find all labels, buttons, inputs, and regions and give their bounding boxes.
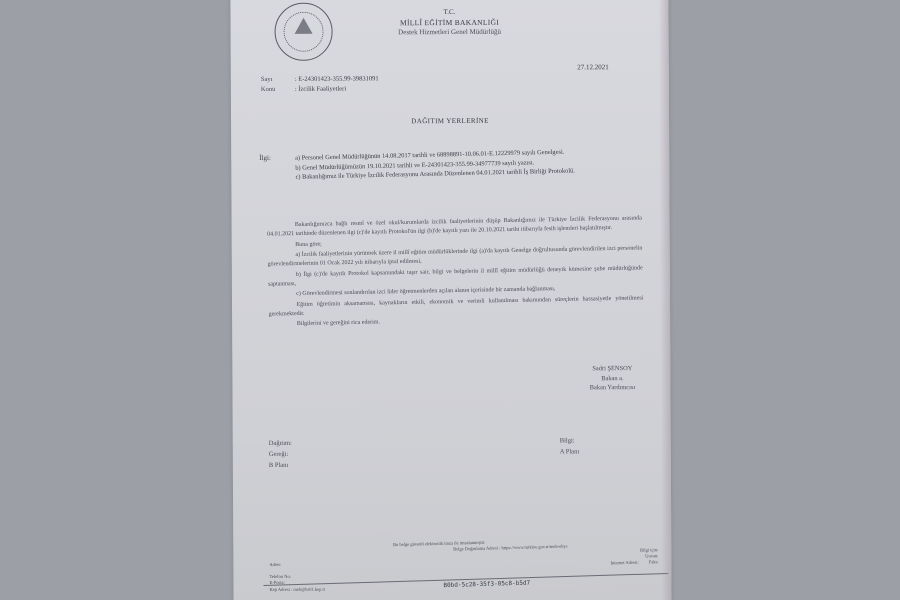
ilgi-label: İlgi: bbox=[259, 154, 271, 162]
sayi-label: Sayı bbox=[261, 76, 295, 83]
document-date: 27.12.2021 bbox=[577, 63, 609, 71]
header-department: Destek Hizmetleri Genel Müdürlüğü bbox=[231, 27, 669, 37]
signer-name: Sadri ŞENSOY bbox=[577, 364, 647, 374]
konu-value: : İzcilik Faaliyetleri bbox=[295, 86, 346, 93]
footer-kep: Kep Adresi : meb@hs01.kep.tr bbox=[269, 586, 325, 593]
ilgi-list: a) Personel Genel Müdürlüğünün 14.08.201… bbox=[295, 146, 636, 182]
signer-line1: Bakan a. bbox=[577, 374, 647, 384]
info-item: A Planı bbox=[560, 446, 579, 457]
header-state: T.C. bbox=[230, 7, 668, 17]
verification-code: B0bd-5c28-35f3-05c8-b5d7 bbox=[443, 580, 530, 590]
meta-konu: Konu: İzcilik Faaliyetleri bbox=[261, 86, 346, 93]
footer-address: Adres: bbox=[269, 562, 325, 569]
distribution-item: Gereği: bbox=[269, 449, 292, 460]
footer-note: Bu belge güvenli elektronik imza ile imz… bbox=[393, 535, 659, 572]
meta-sayi: Sayı: E-24301423-355.99-39831091 bbox=[261, 75, 379, 83]
konu-label: Konu bbox=[261, 86, 295, 93]
footer-contact: Adres: Telefon No: E-Posta: Kep Adresi :… bbox=[269, 562, 325, 593]
document-body: Bakanlığımızca bağlı resmî ve özel okul/… bbox=[267, 214, 644, 331]
footer-fax: Faks: bbox=[649, 559, 659, 564]
signature-block: Sadri ŞENSOY Bakan a. Bakan Yardımcısı bbox=[577, 364, 647, 393]
signer-title: Bakan Yardımcısı bbox=[577, 383, 647, 393]
distribution-block: Dağıtım: Gereği: B Planı bbox=[269, 438, 292, 471]
distribution-item: B Planı bbox=[269, 460, 292, 471]
distribution-label: Dağıtım: bbox=[269, 438, 292, 449]
sayi-value: : E-24301423-355.99-39831091 bbox=[295, 75, 379, 82]
info-label: Bilgi: bbox=[560, 435, 579, 446]
info-block: Bilgi: A Planı bbox=[560, 435, 579, 457]
document-page: T.C. MİLLÎ EĞİTİM BAKANLIĞI Destek Hizme… bbox=[230, 0, 671, 600]
footer-internet-label: Internet Adresi: bbox=[611, 560, 639, 566]
document-title: DAĞITIM YERLERİNE bbox=[231, 116, 669, 126]
